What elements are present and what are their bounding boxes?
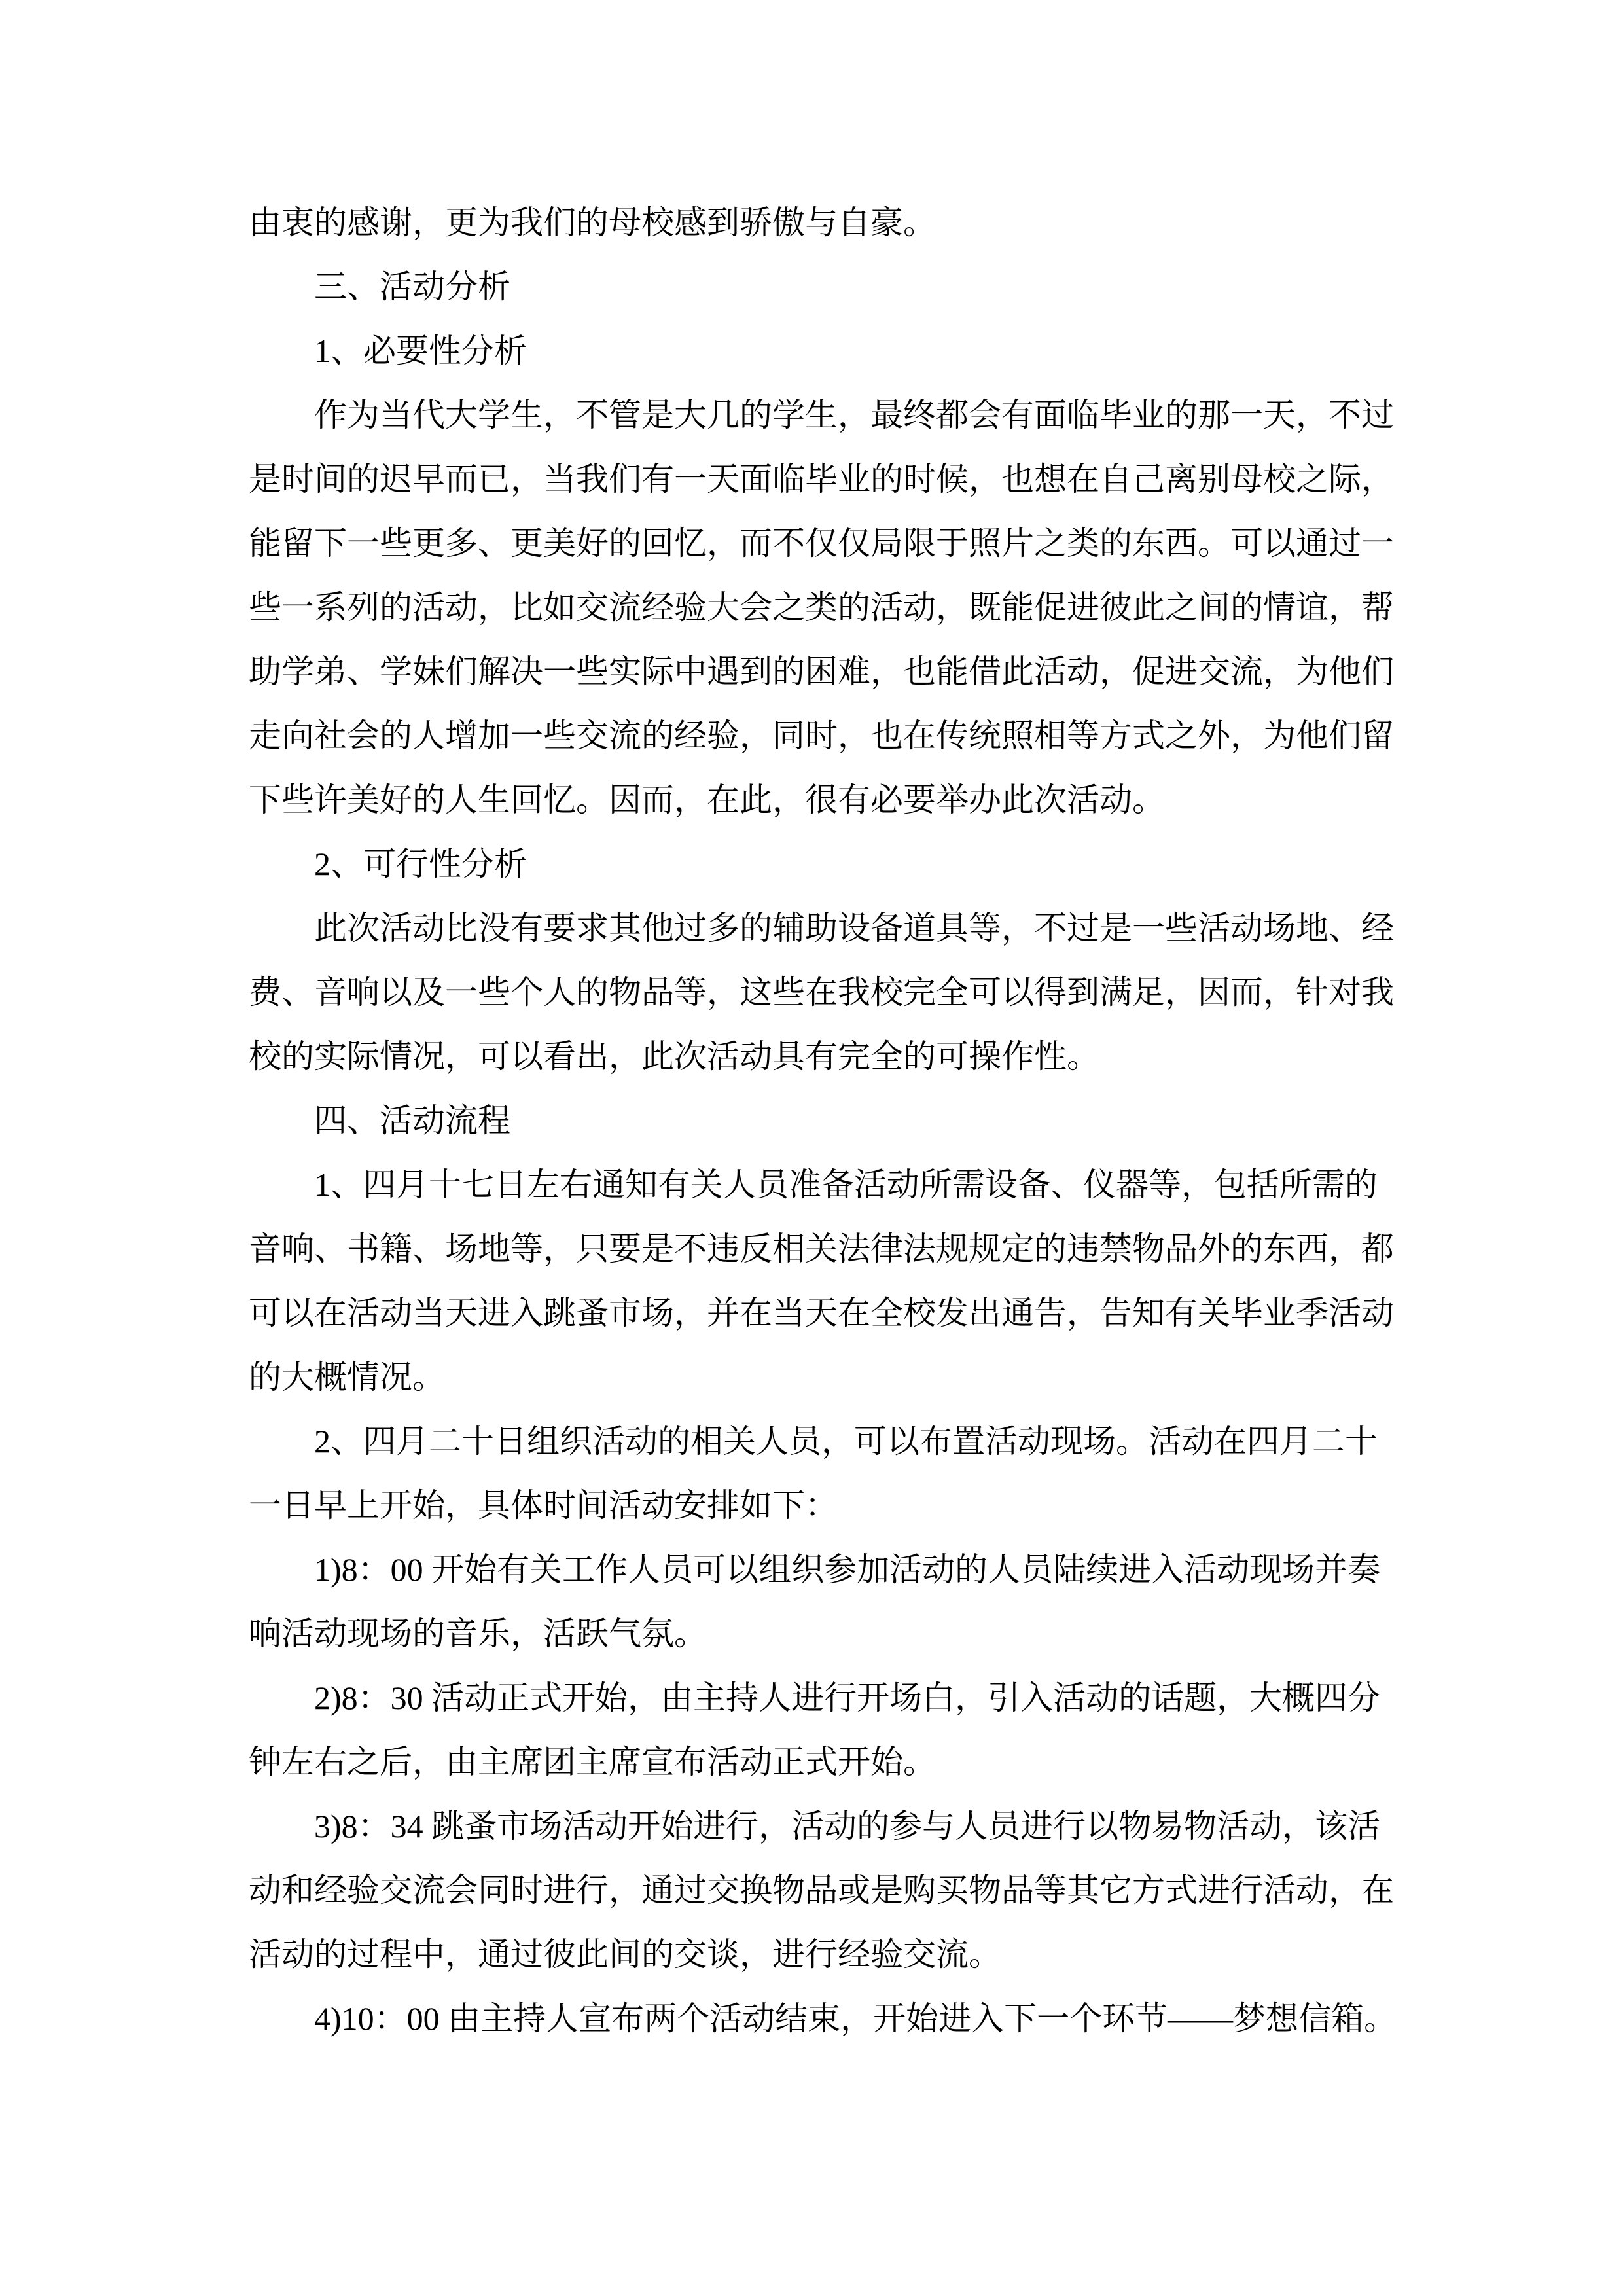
text-line: 3)8：34 跳蚤市场活动开始进行，活动的参与人员进行以物易物活动，该活 xyxy=(249,1794,1400,1858)
text-line: 钟左右之后，由主席团主席宣布活动正式开始。 xyxy=(249,1730,1400,1794)
text-line: 1、必要性分析 xyxy=(249,319,1400,383)
text-line: 1)8：00 开始有关工作人员可以组织参加活动的人员陆续进入活动现场并奏 xyxy=(249,1537,1400,1602)
text-line: 些一系列的活动，比如交流经验大会之类的活动，既能促进彼此之间的情谊，帮 xyxy=(249,575,1400,639)
text-line: 能留下一些更多、更美好的回忆，而不仅仅局限于照片之类的东西。可以通过一 xyxy=(249,511,1400,575)
document-page: 由衷的感谢，更为我们的母校感到骄傲与自豪。三、活动分析1、必要性分析作为当代大学… xyxy=(0,0,1623,2296)
text-line: 可以在活动当天进入跳蚤市场，并在当天在全校发出通告，告知有关毕业季活动 xyxy=(249,1281,1400,1345)
text-line: 2、可行性分析 xyxy=(249,832,1400,896)
text-line: 四、活动流程 xyxy=(249,1088,1400,1153)
text-line: 下些许美好的人生回忆。因而，在此，很有必要举办此次活动。 xyxy=(249,768,1400,832)
text-line: 校的实际情况，可以看出，此次活动具有完全的可操作性。 xyxy=(249,1024,1400,1088)
text-line: 作为当代大学生，不管是大几的学生，最终都会有面临毕业的那一天，不过 xyxy=(249,383,1400,447)
text-line: 活动的过程中，通过彼此间的交谈，进行经验交流。 xyxy=(249,1922,1400,1986)
text-line: 费、音响以及一些个人的物品等，这些在我校完全可以得到满足，因而，针对我 xyxy=(249,960,1400,1024)
text-line: 走向社会的人增加一些交流的经验，同时，也在传统照相等方式之外，为他们留 xyxy=(249,704,1400,768)
text-line: 动和经验交流会同时进行，通过交换物品或是购买物品等其它方式进行活动，在 xyxy=(249,1858,1400,1922)
text-line: 2)8：30 活动正式开始，由主持人进行开场白，引入活动的话题，大概四分 xyxy=(249,1666,1400,1730)
text-line: 1、四月十七日左右通知有关人员准备活动所需设备、仪器等，包括所需的 xyxy=(249,1153,1400,1217)
text-line: 是时间的迟早而已，当我们有一天面临毕业的时候，也想在自己离别母校之际， xyxy=(249,447,1400,511)
text-line: 4)10：00 由主持人宣布两个活动结束，开始进入下一个环节——梦想信箱。 xyxy=(249,1986,1400,2051)
text-line: 2、四月二十日组织活动的相关人员，可以布置活动现场。活动在四月二十 xyxy=(249,1409,1400,1473)
text-line: 的大概情况。 xyxy=(249,1345,1400,1409)
text-line: 一日早上开始，具体时间活动安排如下： xyxy=(249,1473,1400,1537)
text-line: 助学弟、学妹们解决一些实际中遇到的困难，也能借此活动，促进交流，为他们 xyxy=(249,639,1400,704)
text-line: 响活动现场的音乐，活跃气氛。 xyxy=(249,1602,1400,1666)
document-body: 由衷的感谢，更为我们的母校感到骄傲与自豪。三、活动分析1、必要性分析作为当代大学… xyxy=(249,190,1400,2051)
text-line: 由衷的感谢，更为我们的母校感到骄傲与自豪。 xyxy=(249,190,1400,255)
text-line: 三、活动分析 xyxy=(249,255,1400,319)
text-line: 此次活动比没有要求其他过多的辅助设备道具等，不过是一些活动场地、经 xyxy=(249,896,1400,960)
text-line: 音响、书籍、场地等，只要是不违反相关法律法规规定的违禁物品外的东西，都 xyxy=(249,1217,1400,1281)
